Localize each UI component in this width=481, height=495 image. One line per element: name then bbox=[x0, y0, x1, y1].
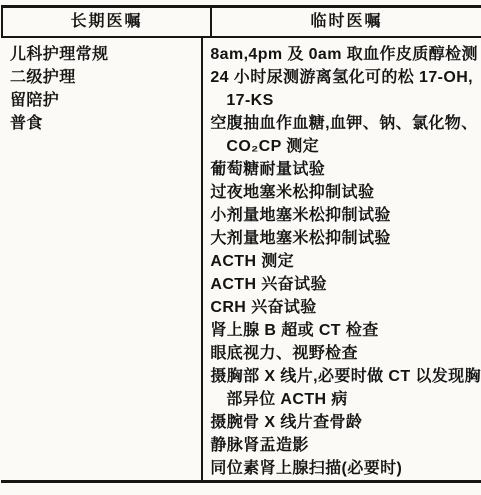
temporary-order-line: 部异位 ACTH 病 bbox=[210, 388, 481, 411]
temporary-order-line: 8am,4pm 及 0am 取血作皮质醇检测 bbox=[210, 43, 481, 66]
long-term-orders-column: 儿科护理常规 二级护理 留陪护 普食 bbox=[1, 38, 203, 480]
table-body: 儿科护理常规 二级护理 留陪护 普食 8am,4pm 及 0am 取血作皮质醇检… bbox=[1, 38, 481, 480]
temporary-order-line: 摄腕骨 X 线片查骨龄 bbox=[210, 411, 481, 434]
temporary-order-line: 静脉肾盂造影 bbox=[210, 434, 481, 457]
temporary-orders-column: 8am,4pm 及 0am 取血作皮质醇检测 24 小时尿测游离氢化可的松 17… bbox=[203, 38, 481, 480]
temporary-order-line: 同位素肾上腺扫描(必要时) bbox=[210, 457, 481, 480]
medical-orders-table: 长期医嘱 临时医嘱 儿科护理常规 二级护理 留陪护 普食 8am,4pm 及 0… bbox=[1, 5, 481, 483]
temporary-order-line: 17-KS bbox=[210, 89, 481, 112]
temporary-order-line: CRH 兴奋试验 bbox=[210, 296, 481, 319]
temporary-order-line: 空腹抽血作血糖,血钾、钠、氯化物、 bbox=[210, 112, 481, 135]
scanned-document-page: 长期医嘱 临时医嘱 儿科护理常规 二级护理 留陪护 普食 8am,4pm 及 0… bbox=[0, 0, 481, 495]
table-header-row: 长期医嘱 临时医嘱 bbox=[1, 8, 481, 38]
long-term-order: 留陪护 bbox=[10, 89, 201, 112]
temporary-order-line: 摄胸部 X 线片,必要时做 CT 以发现胸 bbox=[210, 365, 481, 388]
temporary-order-line: CO₂CP 测定 bbox=[210, 135, 481, 158]
temporary-order-line: 24 小时尿测游离氢化可的松 17-OH, bbox=[210, 66, 481, 89]
temporary-order-line: 小剂量地塞米松抑制试验 bbox=[210, 204, 481, 227]
long-term-order: 儿科护理常规 bbox=[10, 43, 201, 66]
temporary-order-line: 肾上腺 B 超或 CT 检查 bbox=[210, 319, 481, 342]
column-header-long-term-orders: 长期医嘱 bbox=[3, 8, 212, 36]
temporary-order-line: ACTH 兴奋试验 bbox=[210, 273, 481, 296]
column-header-temporary-orders: 临时医嘱 bbox=[212, 8, 481, 36]
temporary-order-line: ACTH 测定 bbox=[210, 250, 481, 273]
temporary-order-line: 过夜地塞米松抑制试验 bbox=[210, 181, 481, 204]
long-term-order: 二级护理 bbox=[10, 66, 201, 89]
temporary-order-line: 葡萄糖耐量试验 bbox=[210, 158, 481, 181]
temporary-order-line: 大剂量地塞米松抑制试验 bbox=[210, 227, 481, 250]
long-term-order: 普食 bbox=[10, 112, 201, 135]
temporary-order-line: 眼底视力、视野检查 bbox=[210, 342, 481, 365]
